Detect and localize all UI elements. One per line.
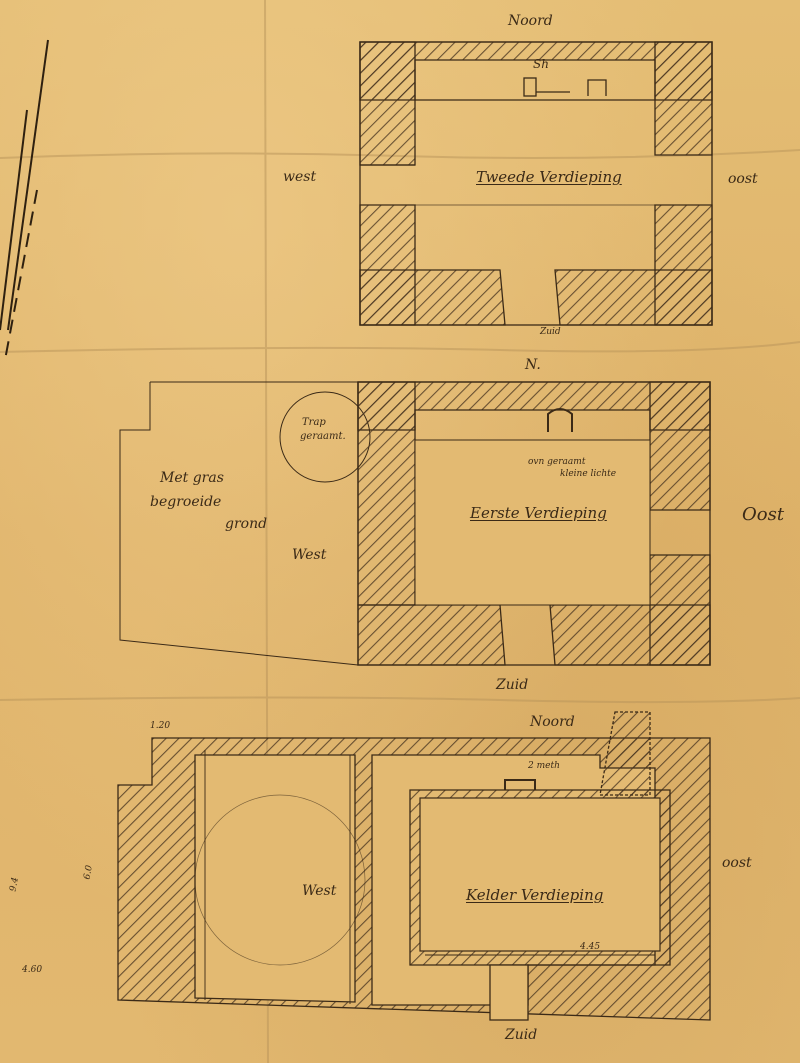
plan3-north-label: Noord xyxy=(530,715,575,729)
plan2-east-label: Oost xyxy=(742,506,784,524)
plan2-north-label: N. xyxy=(525,358,541,372)
plan2-fireplace-note-2: kleine lichte xyxy=(560,470,616,479)
plan2-stair-note-1: Trap xyxy=(302,418,326,428)
plan2-garden-note-1: Met gras xyxy=(160,468,224,489)
plan2-garden-note-3: grond xyxy=(225,514,267,535)
plan3-west-label: West xyxy=(302,884,336,898)
plan2-title: Eerste Verdieping xyxy=(470,506,607,521)
plan2-fireplace-note-1: ovn geraamt xyxy=(528,458,585,467)
plan3-east-label: oost xyxy=(722,856,752,870)
plan1-north-label: Noord xyxy=(508,14,553,28)
plan2-stair-note-2: geraamt. xyxy=(300,432,346,442)
margin-number-3: 4.60 xyxy=(22,966,42,975)
plan3-inner-dimension: 4.45 xyxy=(580,943,600,952)
boundary-lines xyxy=(0,40,48,360)
plan3-title: Kelder Verdieping xyxy=(466,888,603,903)
plan1-west-label: west xyxy=(283,170,316,184)
plan-sheet: Noord Sh Tweede Verdieping west oost Zui… xyxy=(0,0,800,1063)
plan-cellar xyxy=(118,712,710,1020)
plan1-south-label: Zuid xyxy=(540,328,561,337)
plan1-title: Tweede Verdieping xyxy=(476,170,622,185)
plan-first-floor xyxy=(120,382,710,665)
plan3-fireplace-note: 2 meth xyxy=(528,762,560,771)
floor-plans-drawing xyxy=(0,0,800,1063)
plan2-garden-note-2: begroeide xyxy=(150,492,221,513)
plan3-top-dimension: 1.20 xyxy=(150,722,170,731)
plan1-symbol: Sh xyxy=(533,58,549,70)
plan1-east-label: oost xyxy=(728,172,758,186)
plan2-west-label: West xyxy=(292,548,326,562)
plan3-south-label: Zuid xyxy=(505,1028,537,1042)
plan2-south-label: Zuid xyxy=(496,678,528,692)
